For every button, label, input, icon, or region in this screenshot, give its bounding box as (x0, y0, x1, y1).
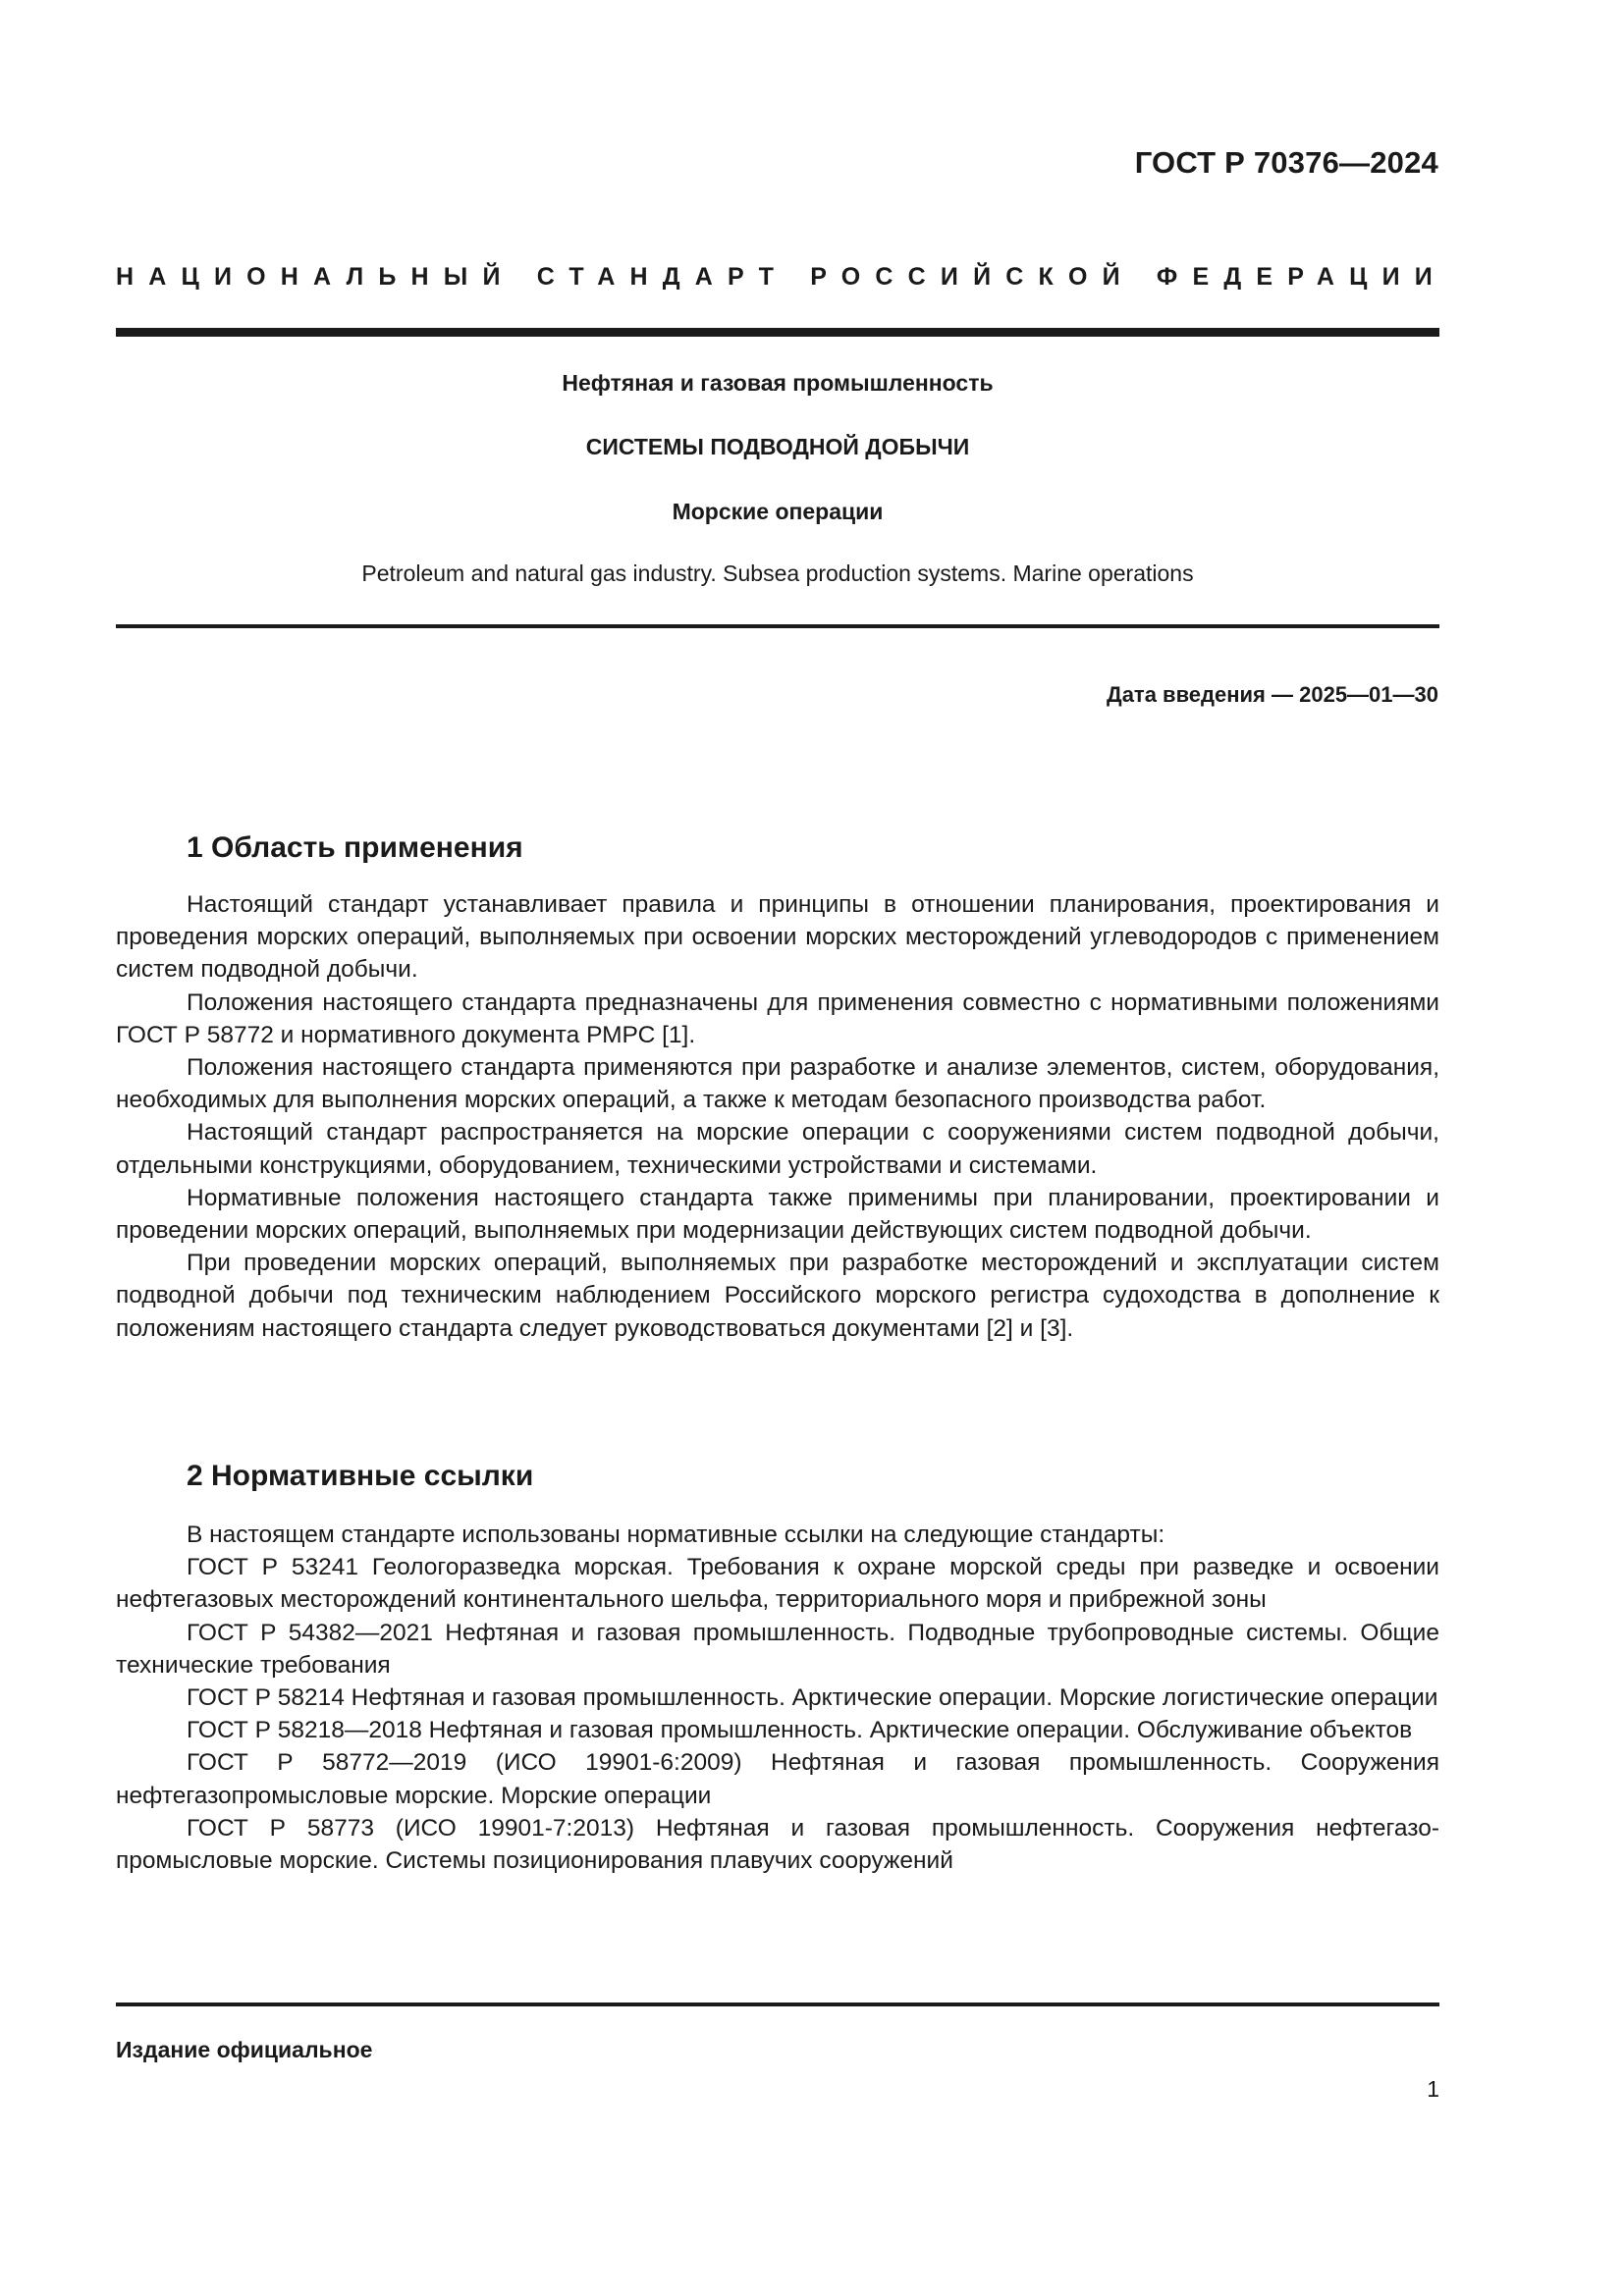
industry-title: Нефтяная и газовая промышленность (116, 370, 1439, 397)
official-edition-label: Издание официальное (116, 2037, 372, 2063)
paragraph: Нормативные положения настоящего стандар… (116, 1182, 1439, 1247)
paragraph: Настоящий стандарт распространяется на м… (116, 1116, 1439, 1181)
reference-item: ГОСТ Р 54382—2021 Нефтяная и газовая про… (116, 1617, 1439, 1682)
main-title: СИСТЕМЫ ПОДВОДНОЙ ДОБЫЧИ (116, 434, 1439, 460)
reference-item: ГОСТ Р 58214 Нефтяная и газовая промышле… (116, 1682, 1439, 1714)
english-title: Petroleum and natural gas industry. Subs… (116, 561, 1439, 587)
paragraph: При проведении морских операций, выполня… (116, 1247, 1439, 1345)
section-heading-normative-references: 2 Нормативные ссылки (187, 1460, 533, 1493)
reference-item: ГОСТ Р 58218—2018 Нефтяная и газовая про… (116, 1714, 1439, 1746)
reference-item: ГОСТ Р 58773 (ИСО 19901-7:2013) Нефтяная… (116, 1812, 1439, 1877)
reference-item: ГОСТ Р 58772—2019 (ИСО 19901-6:2009) Неф… (116, 1746, 1439, 1811)
paragraph: В настоящем стандарте использованы норма… (116, 1519, 1439, 1551)
paragraph: Положения настоящего стандарта предназна… (116, 987, 1439, 1051)
national-standard-banner: НАЦИОНАЛЬНЫЙ СТАНДАРТ РОССИЙСКОЙ ФЕДЕРАЦ… (116, 263, 1439, 292)
paragraph: Настоящий стандарт устанавливает правила… (116, 888, 1439, 987)
introduction-date: Дата введения — 2025—01—30 (1107, 682, 1438, 708)
title-rule (116, 624, 1439, 628)
document-page: ГОСТ Р 70376—2024 НАЦИОНАЛЬНЫЙ СТАНДАРТ … (0, 0, 1624, 2296)
paragraph: Положения настоящего стандарта применяют… (116, 1051, 1439, 1116)
section-body-normative-references: В настоящем стандарте использованы норма… (116, 1519, 1439, 1877)
page-number: 1 (1427, 2076, 1439, 2103)
document-code: ГОСТ Р 70376—2024 (1135, 145, 1438, 181)
subtitle: Морские операции (116, 499, 1439, 525)
section-heading-scope: 1 Область применения (187, 831, 523, 865)
footer-rule (116, 2002, 1439, 2006)
header-rule (116, 328, 1439, 337)
reference-item: ГОСТ Р 53241 Геологоразведка морская. Тр… (116, 1551, 1439, 1616)
section-body-scope: Настоящий стандарт устанавливает правила… (116, 888, 1439, 1345)
